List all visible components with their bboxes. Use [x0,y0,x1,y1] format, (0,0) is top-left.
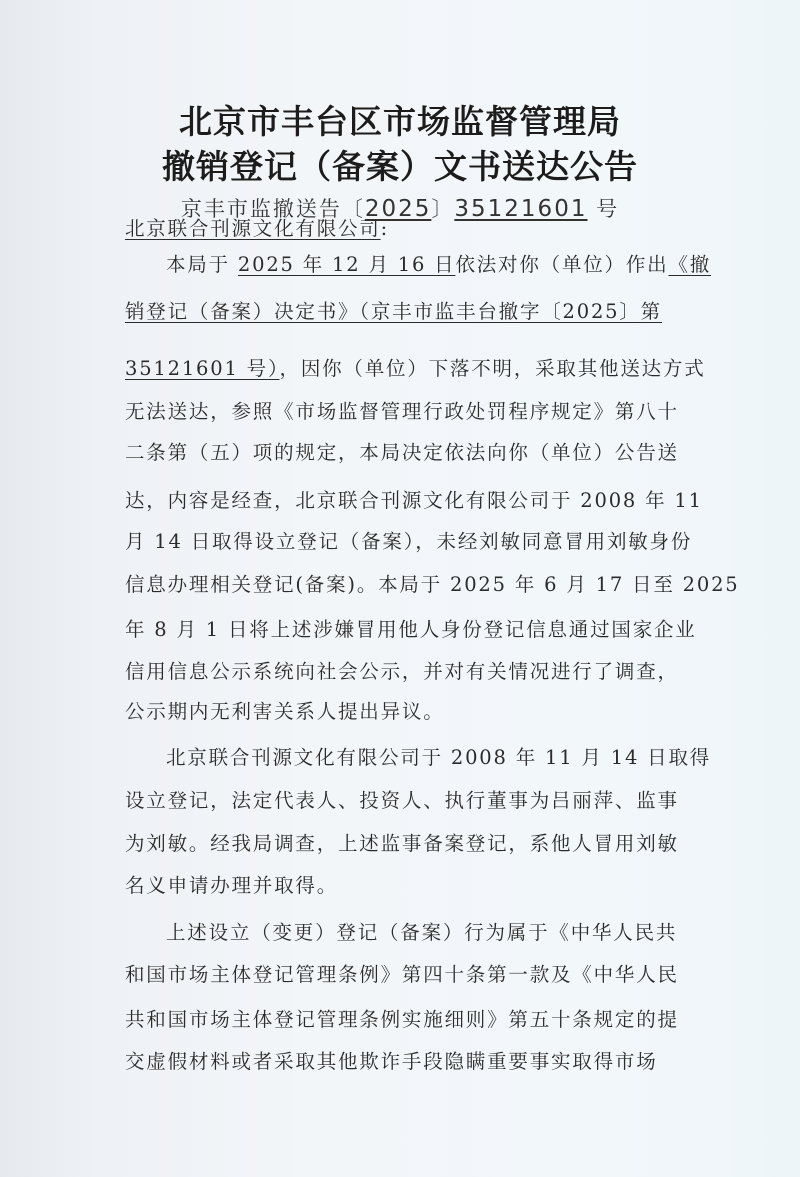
body-line: 名义申请办理并取得。 [125,874,695,898]
body-line: 公示期内无利害关系人提出异议。 [125,700,695,724]
body-line: 设立登记，法定代表人、投资人、执行董事为吕丽萍、监事 [125,789,695,813]
body-text: 为刘敏。经我局调查，上述监事备案登记，系他人冒用刘敏 [125,832,679,855]
body-text: 年 8 月 1 日将上述涉嫌冒用他人身份登记信息通过国家企业 [125,618,697,641]
body-line: 本局于 2025 年 12 月 16 日依法对你（单位）作出《撤 [125,253,736,277]
body-line: 月 14 日取得设立登记（备案），未经刘敏同意冒用刘敏身份 [125,530,695,554]
body-line: 共和国市场主体登记管理条例实施细则》第五十条规定的提 [125,1008,695,1032]
body-line: 无法送达，参照《市场监督管理行政处罚程序规定》第八十 [125,400,695,424]
underlined-text: 2025 年 12 月 16 日 [238,253,456,276]
body-text: 和国市场主体登记管理条例》第四十条第一款及《中华人民 [125,963,679,986]
body-line: 为刘敏。经我局调查，上述监事备案登记，系他人冒用刘敏 [125,832,695,856]
body-line: 北京联合刊源文化有限公司于 2008 年 11 月 14 日取得 [125,746,736,770]
body-text: 依法对你（单位）作出 [455,253,668,276]
body-text: 交虚假材料或者采取其他欺诈手段隐瞒重要事实取得市场 [125,1050,658,1073]
body-line: 信息办理相关登记(备案)。本局于 2025 年 6 月 17 日至 2025 [125,573,695,597]
body-line: 销登记（备案）决定书》（京丰市监丰台撤字〔2025〕第 [125,300,695,324]
body-text: 无法送达，参照《市场监督管理行政处罚程序规定》第八十 [125,400,679,423]
body-text: ，因你（单位）下落不明，采取其他送达方式 [280,357,706,380]
body-text: 公示期内无利害关系人提出异议。 [125,700,445,723]
body-line: 二条第（五）项的规定，本局决定依法向你（单位）公告送 [125,441,695,465]
notice-document: 北京市丰台区市场监督管理局 撤销登记（备案）文书送达公告 京丰市监撤送告〔202… [0,0,800,1177]
body-text: 上述设立（变更）登记（备案）行为属于《中华人民共 [166,921,677,944]
body-text: 达，内容是经查，北京联合刊源文化有限公司于 2008 年 11 [125,489,703,512]
body-text: 信息办理相关登记(备案)。本局于 2025 年 6 月 17 日至 2025 [125,573,739,596]
body-text: 月 14 日取得设立登记（备案），未经刘敏同意冒用刘敏身份 [125,530,692,553]
body-line: 和国市场主体登记管理条例》第四十条第一款及《中华人民 [125,963,695,987]
underlined-text: 35121601 号） [125,357,280,380]
addressee-line: 北京联合刊源文化有限公司: [125,217,695,241]
underlined-text: 销登记（备案）决定书》（京丰市监丰台撤字〔2025〕第 [125,300,662,323]
document-title-line2: 撤销登记（备案）文书送达公告 [0,141,800,188]
body-line: 年 8 月 1 日将上述涉嫌冒用他人身份登记信息通过国家企业 [125,618,695,642]
body-text: 二条第（五）项的规定，本局决定依法向你（单位）公告送 [125,441,679,464]
body-line: 达，内容是经查，北京联合刊源文化有限公司于 2008 年 11 [125,489,695,513]
body-text: 本局于 [166,253,238,276]
body-text: 设立登记，法定代表人、投资人、执行董事为吕丽萍、监事 [125,789,679,812]
body-text: 北京联合刊源文化有限公司于 2008 年 11 月 14 日取得 [166,746,711,769]
document-title-line1: 北京市丰台区市场监督管理局 [0,96,800,143]
addressee-colon: : [381,217,389,240]
body-line: 35121601 号），因你（单位）下落不明，采取其他送达方式 [125,357,695,381]
body-text: 名义申请办理并取得。 [125,874,338,897]
body-line: 上述设立（变更）登记（备案）行为属于《中华人民共 [125,921,736,945]
body-text: 信用信息公示系统向社会公示，并对有关情况进行了调查， [125,660,679,683]
underlined-text: 《撤 [668,253,711,276]
body-text: 共和国市场主体登记管理条例实施细则》第五十条规定的提 [125,1008,679,1031]
body-line: 交虚假材料或者采取其他欺诈手段隐瞒重要事实取得市场 [125,1050,695,1074]
body-line: 信用信息公示系统向社会公示，并对有关情况进行了调查， [125,660,695,684]
addressee-name: 北京联合刊源文化有限公司 [125,217,381,240]
